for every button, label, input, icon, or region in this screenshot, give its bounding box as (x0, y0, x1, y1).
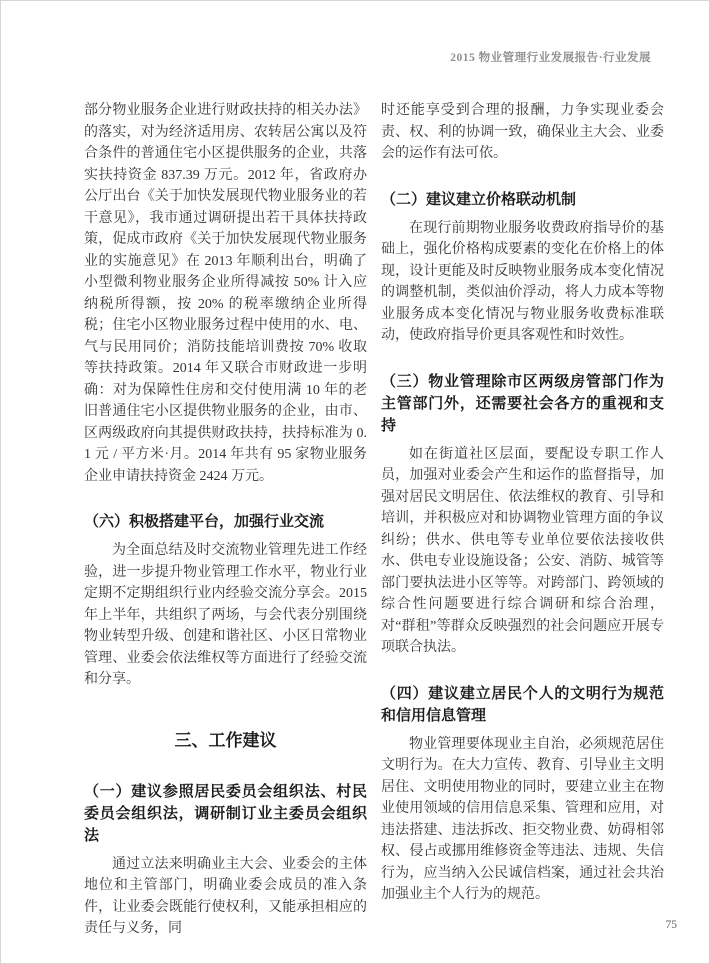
column-left: 部分物业服务企业进行财政扶持的相关办法》的落实，对为经济适用房、农转居公寓以及符… (84, 100, 367, 940)
section-heading-3: （三）物业管理除市区两级房管部门作为主管部门外，还需要社会各方的重视和支持 (381, 371, 664, 437)
paragraph-section-4: 物业管理要体现业主自治，必须规范居住文明行为。在大力宣传、教育、引导业主文明居住… (381, 734, 664, 906)
section-heading-4: （四）建议建立居民个人的文明行为规范和信用信息管理 (381, 683, 664, 727)
section-heading-6: （六）积极搭建平台，加强行业交流 (84, 511, 367, 533)
chapter-heading-work-suggestions: 三、工作建议 (84, 729, 367, 753)
column-right: 时还能享受到合理的报酬，力争实现业委会责、权、利的协调一致，确保业主大会、业委会… (381, 100, 664, 940)
paragraph-section-3: 如在街道社区层面，要配设专职工作人员，加强对业委会产生和运作的监督指导，加强对居… (381, 444, 664, 659)
section-heading-1: （一）建议参照居民委员会组织法、村民委员会组织法，调研制订业主委员会组织法 (84, 781, 367, 847)
running-header: 2015 物业管理行业发展报告·行业发展 (450, 49, 651, 65)
paragraph-section-6: 为全面总结及时交流物业管理先进工作经验，进一步提升物业管理工作水平，物业行业定期… (84, 540, 367, 691)
page-content: 部分物业服务企业进行财政扶持的相关办法》的落实，对为经济适用房、农转居公寓以及符… (84, 100, 663, 940)
paragraph-section-1: 通过立法来明确业主大会、业委会的主体地位和主管部门，明确业委会成员的准入条件，让… (84, 854, 367, 940)
section-heading-2: （二）建议建立价格联动机制 (381, 189, 664, 211)
paragraph-financial-support: 部分物业服务企业进行财政扶持的相关办法》的落实，对为经济适用房、农转居公寓以及符… (84, 100, 367, 487)
document-page: 2015 物业管理行业发展报告·行业发展 部分物业服务企业进行财政扶持的相关办法… (0, 0, 710, 964)
paragraph-continuation: 时还能享受到合理的报酬，力争实现业委会责、权、利的协调一致，确保业主大会、业委会… (381, 100, 664, 165)
paragraph-section-2: 在现行前期物业服务收费政府指导价的基础上，强化价格构成要素的变化在价格上的体现，… (381, 218, 664, 347)
page-number: 75 (666, 919, 678, 931)
